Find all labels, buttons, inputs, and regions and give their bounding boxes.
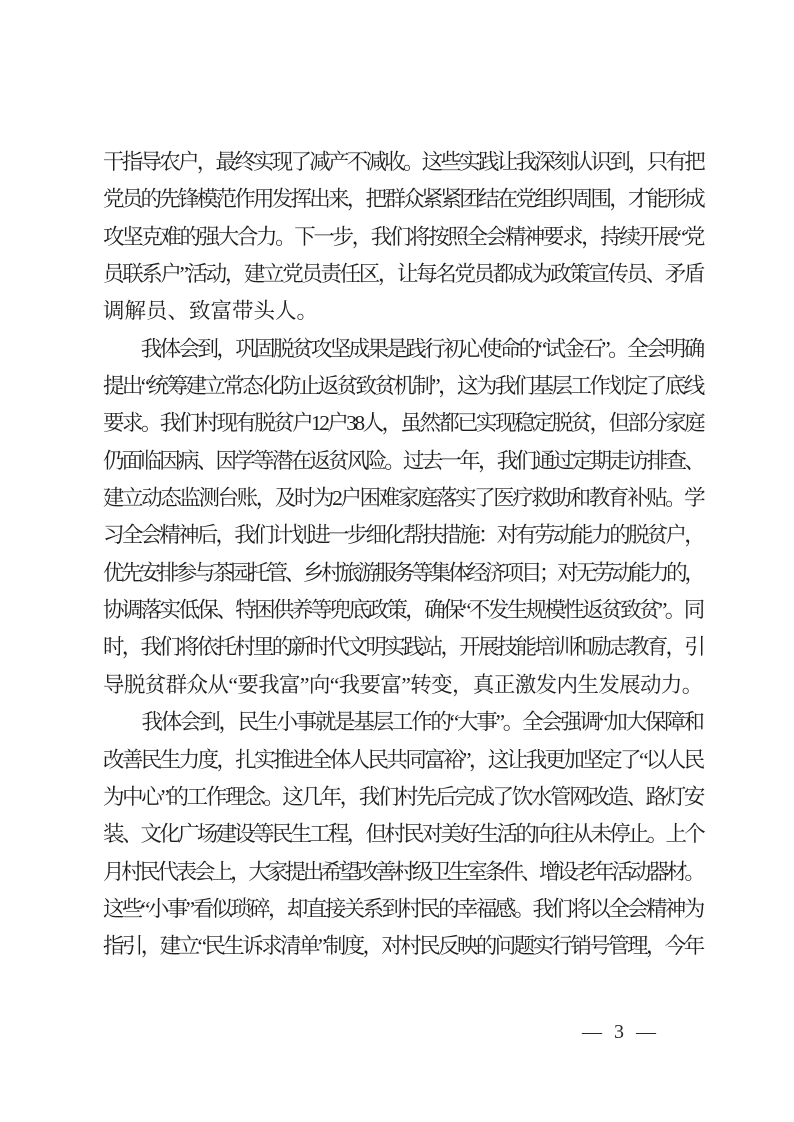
text-line: 这些“小事”看似琐碎，却直接关系到村民的幸福感。我们将以全会精神为	[103, 891, 703, 928]
text-line: 要求。我们村现有脱贫户12户38人，虽然都已实现稳定脱贫，但部分家庭	[103, 405, 703, 442]
document-body: 干指导农户，最终实现了减产不减收。这些实践让我深刻认识到，只有把党员的先锋模范作…	[103, 144, 703, 966]
text-line: 我体会到，民生小事就是基层工作的“大事”。全会强调“加大保障和	[103, 704, 703, 741]
text-line: 习全会精神后，我们计划进一步细化帮扶措施：对有劳动能力的脱贫户，	[103, 517, 703, 554]
text-line: 月村民代表会上，大家提出希望改善村级卫生室条件、增设老年活动器材。	[103, 854, 703, 891]
text-line: 干指导农户，最终实现了减产不减收。这些实践让我深刻认识到，只有把	[103, 144, 703, 181]
text-line: 时，我们将依托村里的新时代文明实践站，开展技能培训和励志教育，引	[103, 629, 703, 666]
text-line: 提出“统筹建立常态化防止返贫致贫机制”，这为我们基层工作划定了底线	[103, 368, 703, 405]
text-line: 优先安排参与茶园托管、乡村旅游服务等集体经济项目；对无劳动能力的，	[103, 555, 703, 592]
text-line: 协调落实低保、特困供养等兜底政策，确保“不发生规模性返贫致贫”。同	[103, 592, 703, 629]
text-line: 调解员、致富带头人。	[103, 293, 703, 330]
text-line: 导脱贫群众从“要我富”向“我要富”转变，真正激发内生发展动力。	[103, 667, 703, 704]
text-line: 改善民生力度，扎实推进全体人民共同富裕”，这让我更加坚定了“以人民	[103, 742, 703, 779]
page-number: — 3 —	[582, 1020, 657, 1044]
text-line: 攻坚克难的强大合力。下一步，我们将按照全会精神要求，持续开展“党	[103, 219, 703, 256]
text-line: 仍面临因病、因学等潜在返贫风险。过去一年，我们通过定期走访排查、	[103, 443, 703, 480]
text-line: 党员的先锋模范作用发挥出来，把群众紧紧团结在党组织周围，才能形成	[103, 181, 703, 218]
text-line: 员联系户”活动，建立党员责任区，让每名党员都成为政策宣传员、矛盾	[103, 256, 703, 293]
text-line: 为中心”的工作理念。这几年，我们村先后完成了饮水管网改造、路灯安	[103, 779, 703, 816]
text-line: 装、文化广场建设等民生工程，但村民对美好生活的向往从未停止。上个	[103, 816, 703, 853]
text-line: 建立动态监测台账，及时为2户困难家庭落实了医疗救助和教育补贴。学	[103, 480, 703, 517]
document-page: 干指导农户，最终实现了减产不减收。这些实践让我深刻认识到，只有把党员的先锋模范作…	[0, 0, 794, 1122]
text-line: 指引，建立“民生诉求清单”制度，对村民反映的问题实行销号管理，今年	[103, 928, 703, 965]
text-line: 我体会到，巩固脱贫攻坚成果是践行初心使命的“试金石”。全会明确	[103, 331, 703, 368]
